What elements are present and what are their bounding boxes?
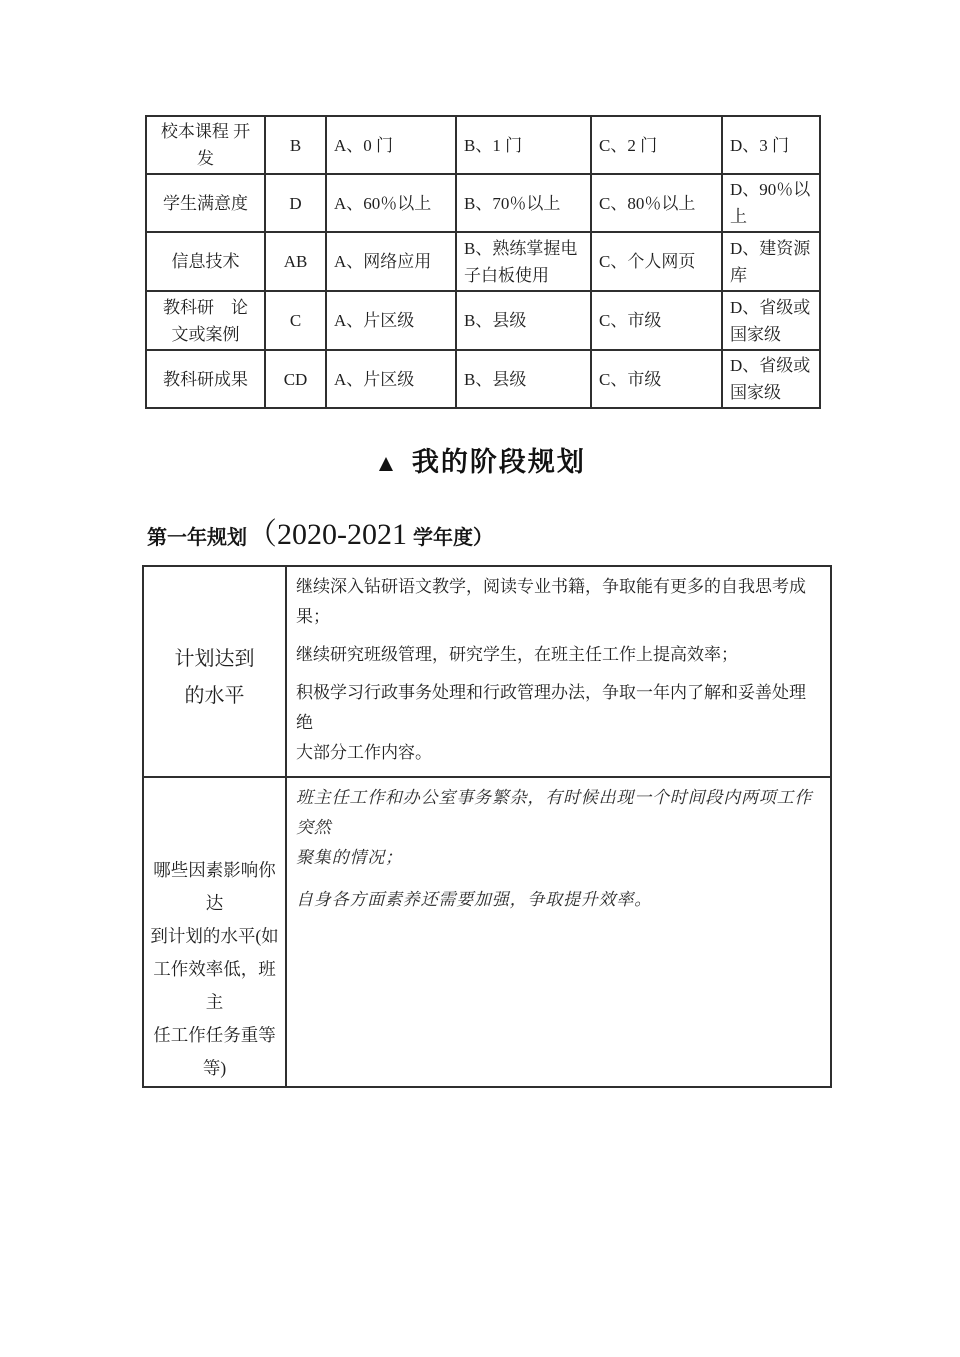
table-row: 信息技术 AB A、网络应用 B、熟练掌握电 子白板使用 C、个人网页 D、建资… bbox=[146, 232, 820, 291]
category-cell: 校本课程 开 发 bbox=[146, 116, 265, 174]
category-cell: 学生满意度 bbox=[146, 174, 265, 232]
option-cell: C、市级 bbox=[591, 291, 722, 350]
paragraph: 班主任工作和办公室事务繁杂，有时候出现一个时间段内两项工作突然 聚集的情况； bbox=[296, 783, 820, 873]
option-cell: A、0 门 bbox=[326, 116, 456, 174]
option-cell: C、80％以上 bbox=[591, 174, 722, 232]
option-cell: D、90％以 上 bbox=[722, 174, 820, 232]
option-cell: B、熟练掌握电 子白板使用 bbox=[456, 232, 591, 291]
table-row: 校本课程 开 发 B A、0 门 B、1 门 C、2 门 D、3 门 bbox=[146, 116, 820, 174]
option-cell: B、1 门 bbox=[456, 116, 591, 174]
option-cell: D、建资源 库 bbox=[722, 232, 820, 291]
table-row: 教科研 论 文或案例 C A、片区级 B、县级 C、市级 D、省级或 国家级 bbox=[146, 291, 820, 350]
plan-row-label: 计划达到 的水平 bbox=[143, 566, 286, 777]
option-cell: A、网络应用 bbox=[326, 232, 456, 291]
plan-heading: 第一年规划（2020-2021学年度） bbox=[147, 509, 493, 553]
category-cell: 教科研成果 bbox=[146, 350, 265, 408]
grade-cell: AB bbox=[265, 232, 326, 291]
grade-cell: D bbox=[265, 174, 326, 232]
option-cell: C、2 门 bbox=[591, 116, 722, 174]
option-cell: A、片区级 bbox=[326, 291, 456, 350]
assessment-table: 校本课程 开 发 B A、0 门 B、1 门 C、2 门 D、3 门 学生满意度… bbox=[145, 115, 821, 409]
table-row: 哪些因素影响你达 到计划的水平(如 工作效率低，班主 任工作任务重等 等) 班主… bbox=[143, 777, 831, 1087]
section-title: 我的阶段规划 bbox=[412, 447, 586, 477]
option-cell: B、70％以上 bbox=[456, 174, 591, 232]
plan-table: 计划达到 的水平 继续深入钻研语文教学，阅读专业书籍，争取能有更多的自我思考成 … bbox=[142, 565, 832, 1088]
plan-heading-suffix: 学年度） bbox=[413, 527, 493, 549]
plan-row-content: 继续深入钻研语文教学，阅读专业书籍，争取能有更多的自我思考成 果； 继续研究班级… bbox=[286, 566, 831, 777]
plan-heading-year: （2020-2021 bbox=[247, 518, 407, 551]
paragraph: 继续研究班级管理，研究学生，在班主任工作上提高效率； bbox=[296, 640, 820, 670]
paragraph: 积极学习行政事务处理和行政管理办法，争取一年内了解和妥善处理绝 大部分工作内容。 bbox=[296, 678, 820, 768]
option-cell: A、片区级 bbox=[326, 350, 456, 408]
triangle-marker-icon: ▲ bbox=[374, 450, 398, 477]
grade-cell: B bbox=[265, 116, 326, 174]
plan-row-content: 班主任工作和办公室事务繁杂，有时候出现一个时间段内两项工作突然 聚集的情况； 自… bbox=[286, 777, 831, 1087]
table-row: 学生满意度 D A、60％以上 B、70％以上 C、80％以上 D、90％以 上 bbox=[146, 174, 820, 232]
grade-cell: C bbox=[265, 291, 326, 350]
paragraph: 继续深入钻研语文教学，阅读专业书籍，争取能有更多的自我思考成 果； bbox=[296, 572, 820, 632]
table-row: 计划达到 的水平 继续深入钻研语文教学，阅读专业书籍，争取能有更多的自我思考成 … bbox=[143, 566, 831, 777]
option-cell: D、3 门 bbox=[722, 116, 820, 174]
option-cell: D、省级或 国家级 bbox=[722, 350, 820, 408]
grade-cell: CD bbox=[265, 350, 326, 408]
option-cell: D、省级或 国家级 bbox=[722, 291, 820, 350]
option-cell: C、市级 bbox=[591, 350, 722, 408]
document-page: 校本课程 开 发 B A、0 门 B、1 门 C、2 门 D、3 门 学生满意度… bbox=[0, 0, 960, 1357]
paragraph: 自身各方面素养还需要加强，争取提升效率。 bbox=[296, 885, 820, 915]
category-cell: 教科研 论 文或案例 bbox=[146, 291, 265, 350]
table-row: 教科研成果 CD A、片区级 B、县级 C、市级 D、省级或 国家级 bbox=[146, 350, 820, 408]
plan-row-label: 哪些因素影响你达 到计划的水平(如 工作效率低，班主 任工作任务重等 等) bbox=[143, 777, 286, 1087]
category-cell: 信息技术 bbox=[146, 232, 265, 291]
option-cell: A、60％以上 bbox=[326, 174, 456, 232]
plan-heading-label: 第一年规划 bbox=[147, 527, 247, 549]
option-cell: C、个人网页 bbox=[591, 232, 722, 291]
option-cell: B、县级 bbox=[456, 350, 591, 408]
section-heading: ▲我的阶段规划 bbox=[0, 440, 960, 479]
option-cell: B、县级 bbox=[456, 291, 591, 350]
